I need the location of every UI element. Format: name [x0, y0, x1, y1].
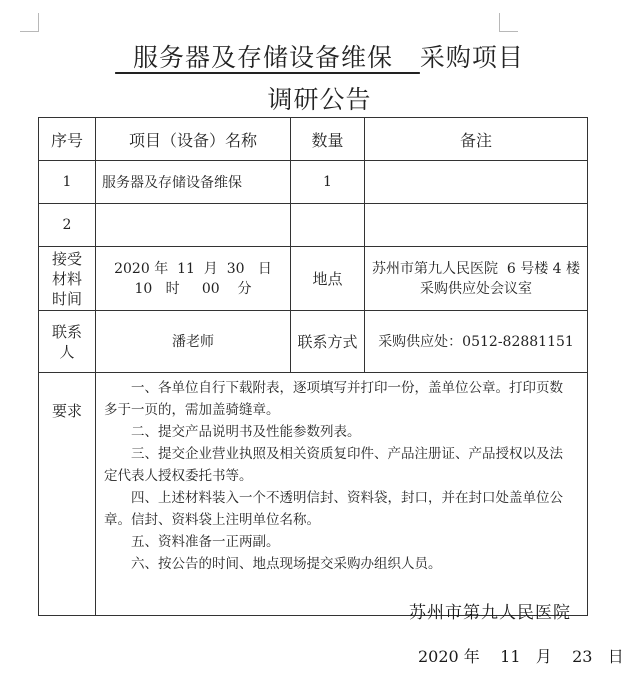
requirement-item: 四、上述材料装入一个不透明信封、资料袋，封口，并在封口处盖单位公章。信封、资料袋…: [104, 487, 575, 531]
location-value: 苏州市第九人民医院 6 号楼 4 楼 采购供应处会议室: [365, 247, 588, 311]
announcement-table: 序号 项目（设备）名称 数量 备注 1 服务器及存储设备维保 1 2 接受 材料…: [38, 117, 588, 616]
title-project-name: 服务器及存储设备维保: [115, 43, 420, 72]
page-corner-mark-top-right: [499, 13, 518, 32]
cell-qty: 1: [291, 161, 365, 204]
location-line1: 苏州市第九人民医院 6 号楼 4 楼: [365, 259, 587, 279]
requirements-label: 要求: [39, 373, 96, 616]
location-line2: 采购供应处会议室: [365, 279, 587, 299]
label-line: 联系: [39, 322, 95, 342]
header-note: 备注: [365, 118, 588, 161]
header-qty: 数量: [291, 118, 365, 161]
page-title-line1: 服务器及存储设备维保 采购项目: [0, 38, 639, 74]
signature-org: 苏州市第九人民医院: [409, 598, 571, 623]
label-line: 材料: [39, 269, 95, 289]
requirement-item: 六、按公告的时间、地点现场提交采购办组织人员。: [104, 553, 575, 575]
header-name: 项目（设备）名称: [96, 118, 291, 161]
label-line: 人: [39, 342, 95, 362]
header-no: 序号: [39, 118, 96, 161]
requirement-item: 一、各单位自行下载附表，逐项填写并打印一份，盖单位公章。打印页数多于一页的，需加…: [104, 377, 575, 421]
cell-note: [365, 161, 588, 204]
cell-name: [96, 204, 291, 247]
cell-note: [365, 204, 588, 247]
signature-date: 2020 年 11 月 23 日: [418, 644, 624, 667]
receive-date: 2020 年 11 月 30 日: [96, 259, 290, 279]
receive-time-value: 2020 年 11 月 30 日 10 时 00 分: [96, 247, 291, 311]
cell-qty: [291, 204, 365, 247]
receive-time-label: 接受 材料 时间: [39, 247, 96, 311]
requirement-item: 三、提交企业营业执照及相关资质复印件、产品注册证、产品授权以及法定代表人授权委托…: [104, 443, 575, 487]
location-label: 地点: [291, 247, 365, 311]
receive-time-row: 接受 材料 时间 2020 年 11 月 30 日 10 时 00 分 地点 苏…: [39, 247, 588, 311]
requirements-row: 要求 一、各单位自行下载附表，逐项填写并打印一份，盖单位公章。打印页数多于一页的…: [39, 373, 588, 616]
receive-hour: 10 时 00 分: [96, 279, 290, 299]
contact-row: 联系 人 潘老师 联系方式 采购供应处：0512-82881151: [39, 311, 588, 373]
label-line: 接受: [39, 249, 95, 269]
cell-no: 2: [39, 204, 96, 247]
table-row: 2: [39, 204, 588, 247]
contact-person-label: 联系 人: [39, 311, 96, 373]
cell-name: 服务器及存储设备维保: [96, 161, 291, 204]
table-row: 1 服务器及存储设备维保 1: [39, 161, 588, 204]
page-corner-mark-top-left: [20, 13, 39, 32]
table-header-row: 序号 项目（设备）名称 数量 备注: [39, 118, 588, 161]
contact-method-value: 采购供应处：0512-82881151: [365, 311, 588, 373]
page-title-line2: 调研公告: [0, 80, 639, 116]
cell-no: 1: [39, 161, 96, 204]
requirement-item: 二、提交产品说明书及性能参数列表。: [104, 421, 575, 443]
contact-person-value: 潘老师: [96, 311, 291, 373]
contact-method-label: 联系方式: [291, 311, 365, 373]
label-line: 时间: [39, 289, 95, 309]
requirements-content: 一、各单位自行下载附表，逐项填写并打印一份，盖单位公章。打印页数多于一页的，需加…: [96, 373, 588, 616]
title-suffix: 采购项目: [420, 43, 524, 72]
requirement-item: 五、资料准备一正两副。: [104, 531, 575, 553]
